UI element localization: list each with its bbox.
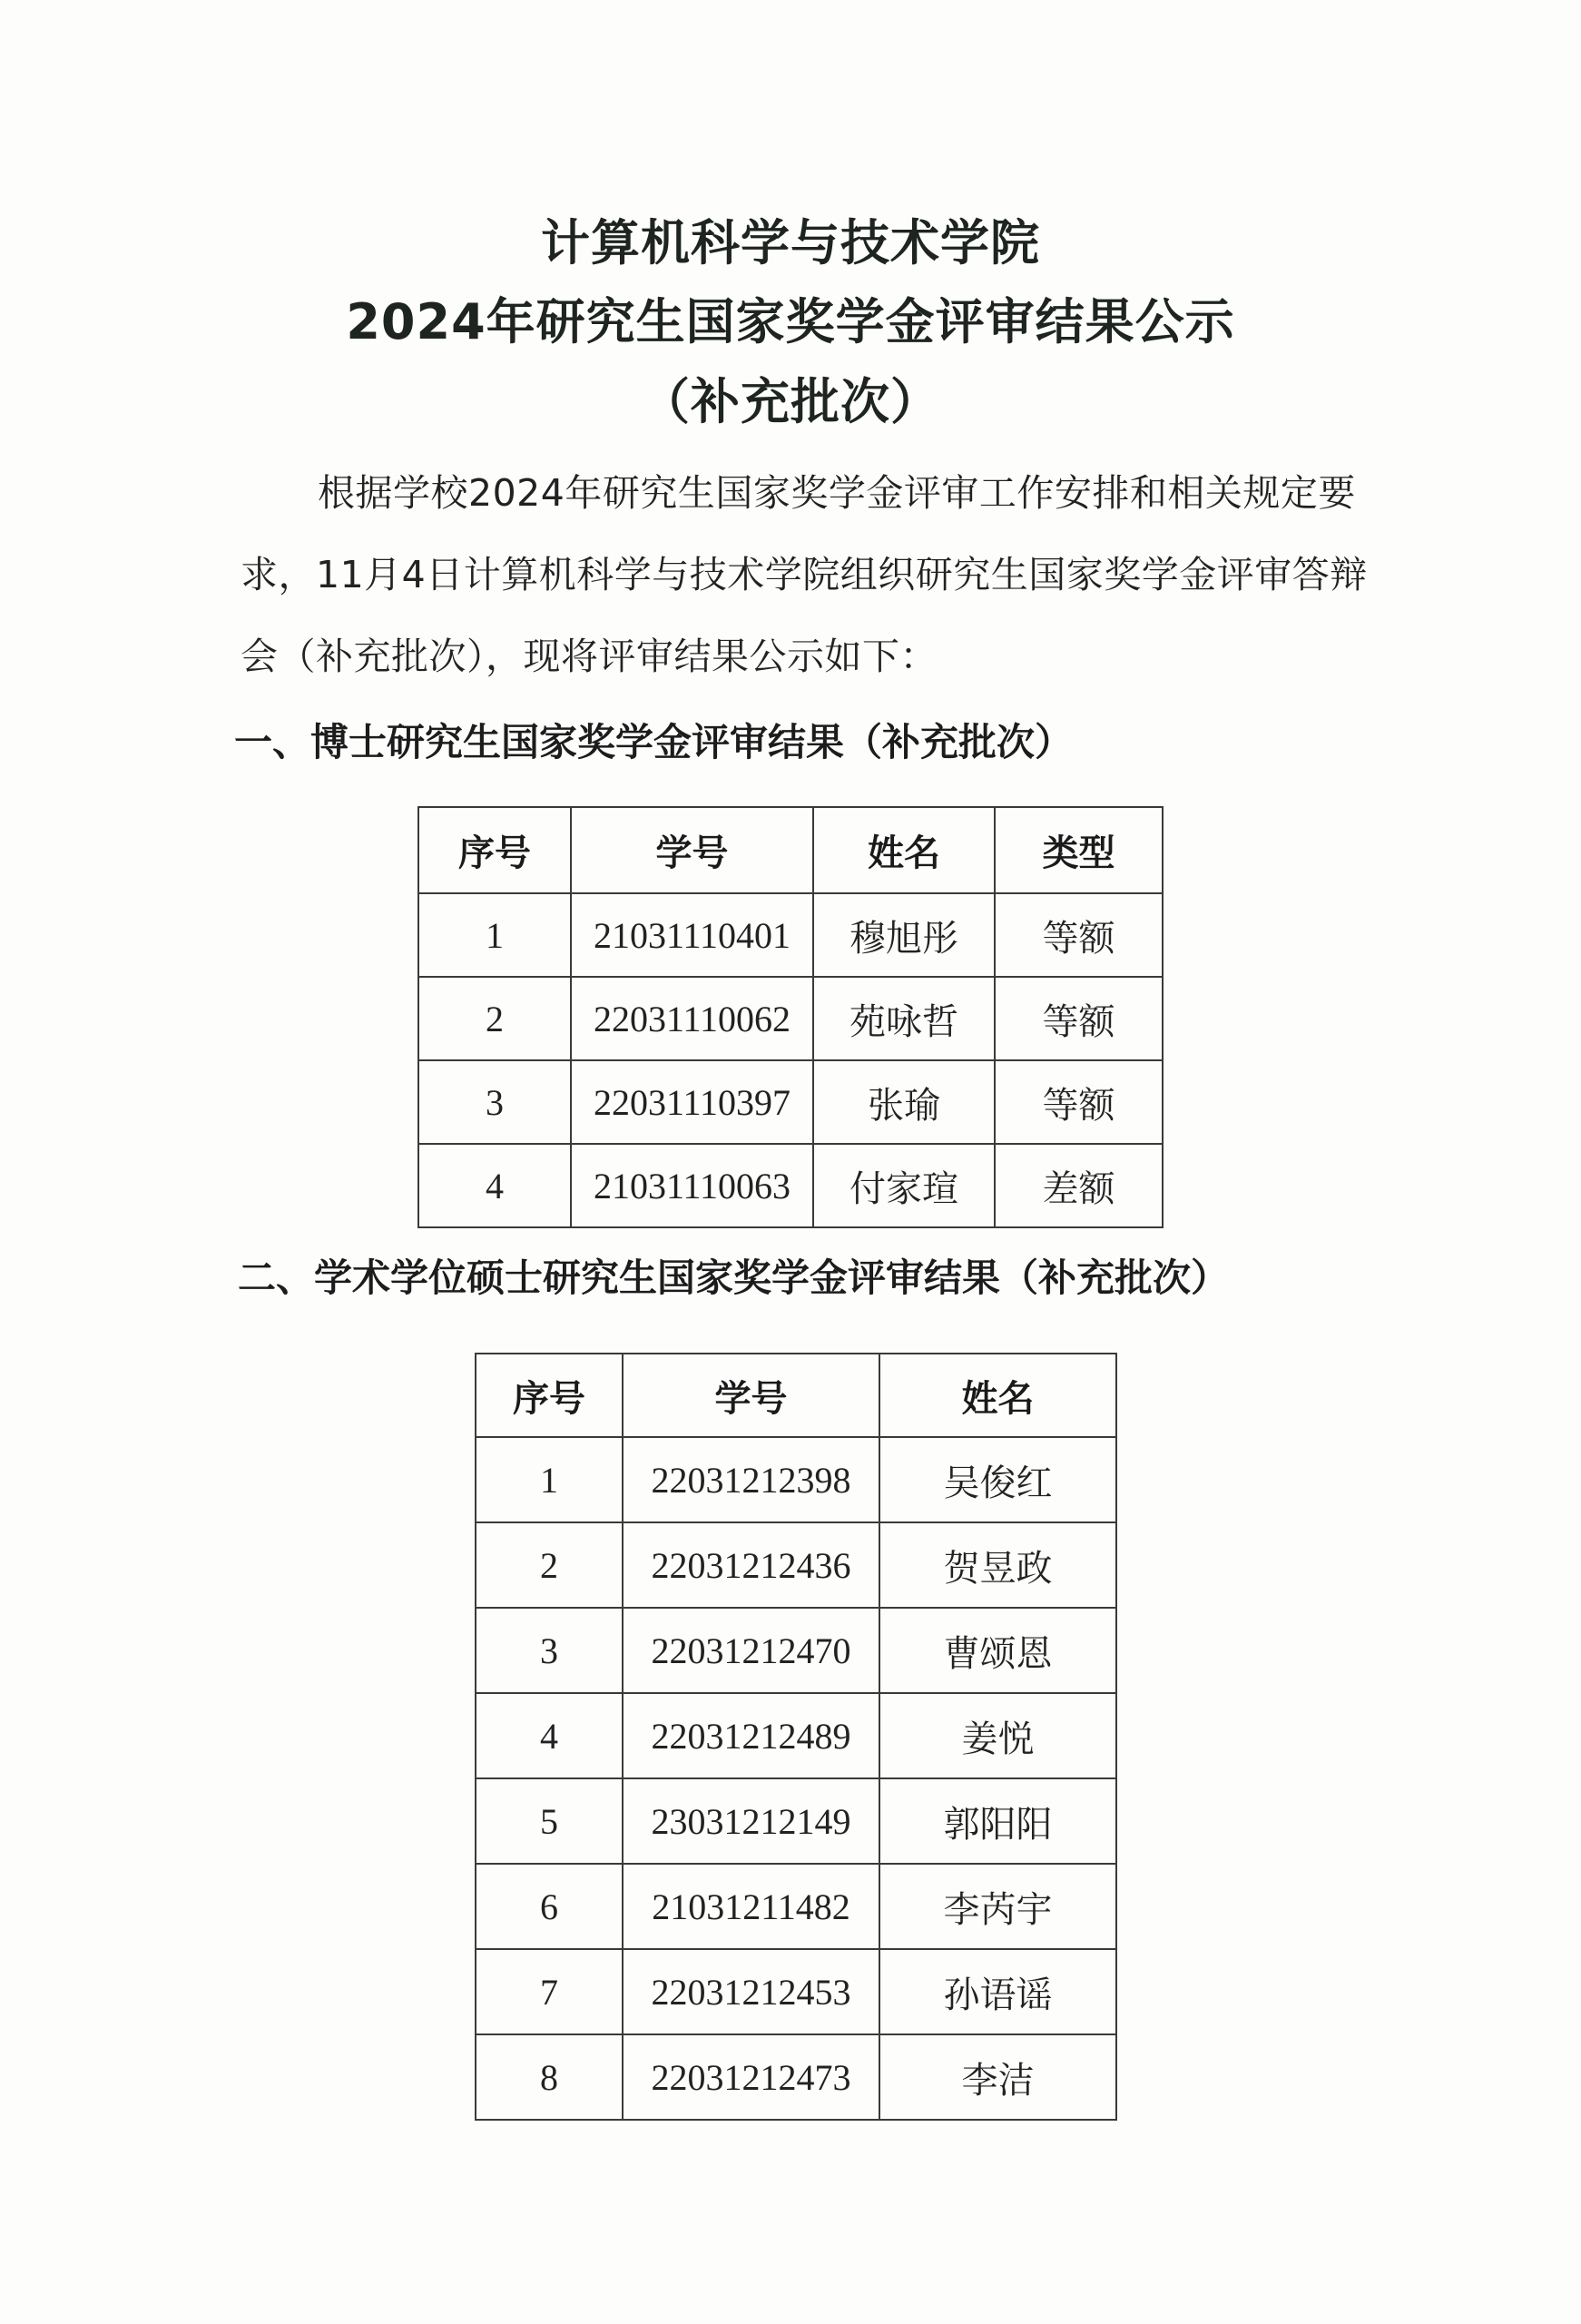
cell-name: 穆旭彤 [813, 893, 995, 977]
section-heading-doctoral: 一、博士研究生国家奖学金评审结果（补充批次） [234, 713, 1073, 767]
table-header-row: 序号 学号 姓名 [476, 1354, 1116, 1437]
cell-no: 4 [476, 1693, 623, 1778]
cell-type: 等额 [995, 1060, 1163, 1144]
table-row: 4 22031212489 姜悦 [476, 1693, 1116, 1778]
cell-name: 苑咏哲 [813, 977, 995, 1060]
table-row: 3 22031110397 张瑜 等额 [418, 1060, 1163, 1144]
table-row: 5 23031212149 郭阳阳 [476, 1778, 1116, 1864]
cell-name: 张瑜 [813, 1060, 995, 1144]
cell-no: 5 [476, 1778, 623, 1864]
cell-student-id: 22031212436 [623, 1522, 879, 1608]
cell-name: 郭阳阳 [879, 1778, 1116, 1864]
section-heading-masters: 二、学术学位硕士研究生国家奖学金评审结果（补充批次） [238, 1248, 1229, 1303]
cell-student-id: 21031110063 [571, 1144, 813, 1227]
table-row: 1 22031212398 吴俊红 [476, 1437, 1116, 1522]
table-row: 2 22031212436 贺昱政 [476, 1522, 1116, 1608]
cell-name: 曹颂恩 [879, 1608, 1116, 1693]
cell-no: 1 [476, 1437, 623, 1522]
column-header-student-id: 学号 [571, 807, 813, 893]
cell-student-id: 22031212470 [623, 1608, 879, 1693]
table-row: 4 21031110063 付家瑄 差额 [418, 1144, 1163, 1227]
table-row: 2 22031110062 苑咏哲 等额 [418, 977, 1163, 1060]
table-row: 8 22031212473 李洁 [476, 2034, 1116, 2120]
cell-student-id: 22031212489 [623, 1693, 879, 1778]
cell-name: 贺昱政 [879, 1522, 1116, 1608]
cell-student-id: 22031212453 [623, 1949, 879, 2034]
cell-no: 2 [476, 1522, 623, 1608]
column-header-type: 类型 [995, 807, 1163, 893]
cell-no: 8 [476, 2034, 623, 2120]
column-header-name: 姓名 [813, 807, 995, 893]
table-row: 1 21031110401 穆旭彤 等额 [418, 893, 1163, 977]
cell-student-id: 21031110401 [571, 893, 813, 977]
cell-name: 孙语谣 [879, 1949, 1116, 2034]
title-line-batch: （补充批次） [0, 363, 1581, 433]
cell-student-id: 22031110062 [571, 977, 813, 1060]
intro-line-2: 求，11月4日计算机科学与技术学院组织研究生国家奖学金评审答辩 [241, 545, 1368, 598]
title-line-college: 计算机科学与技术学院 [0, 204, 1581, 274]
table-header-row: 序号 学号 姓名 类型 [418, 807, 1163, 893]
cell-no: 7 [476, 1949, 623, 2034]
cell-no: 1 [418, 893, 571, 977]
cell-no: 2 [418, 977, 571, 1060]
cell-no: 3 [418, 1060, 571, 1144]
cell-student-id: 21031211482 [623, 1864, 879, 1949]
cell-student-id: 22031212473 [623, 2034, 879, 2120]
cell-student-id: 22031110397 [571, 1060, 813, 1144]
cell-student-id: 22031212398 [623, 1437, 879, 1522]
column-header-name: 姓名 [879, 1354, 1116, 1437]
cell-no: 4 [418, 1144, 571, 1227]
intro-line-1: 根据学校2024年研究生国家奖学金评审工作安排和相关规定要 [318, 463, 1356, 517]
cell-no: 3 [476, 1608, 623, 1693]
column-header-student-id: 学号 [623, 1354, 879, 1437]
table-row: 6 21031211482 李芮宇 [476, 1864, 1116, 1949]
cell-name: 李洁 [879, 2034, 1116, 2120]
doctoral-results-table: 序号 学号 姓名 类型 1 21031110401 穆旭彤 等额 2 22031… [417, 806, 1164, 1228]
column-header-no: 序号 [476, 1354, 623, 1437]
column-header-no: 序号 [418, 807, 571, 893]
cell-name: 姜悦 [879, 1693, 1116, 1778]
table-row: 3 22031212470 曹颂恩 [476, 1608, 1116, 1693]
cell-type: 等额 [995, 893, 1163, 977]
cell-name: 吴俊红 [879, 1437, 1116, 1522]
title-line-announcement: 2024年研究生国家奖学金评审结果公示 [0, 283, 1581, 353]
cell-type: 差额 [995, 1144, 1163, 1227]
cell-type: 等额 [995, 977, 1163, 1060]
cell-name: 付家瑄 [813, 1144, 995, 1227]
cell-name: 李芮宇 [879, 1864, 1116, 1949]
cell-no: 6 [476, 1864, 623, 1949]
masters-results-table: 序号 学号 姓名 1 22031212398 吴俊红 2 22031212436… [475, 1353, 1117, 2121]
intro-line-3: 会（补充批次），现将评审结果公示如下： [241, 626, 938, 680]
cell-student-id: 23031212149 [623, 1778, 879, 1864]
table-row: 7 22031212453 孙语谣 [476, 1949, 1116, 2034]
